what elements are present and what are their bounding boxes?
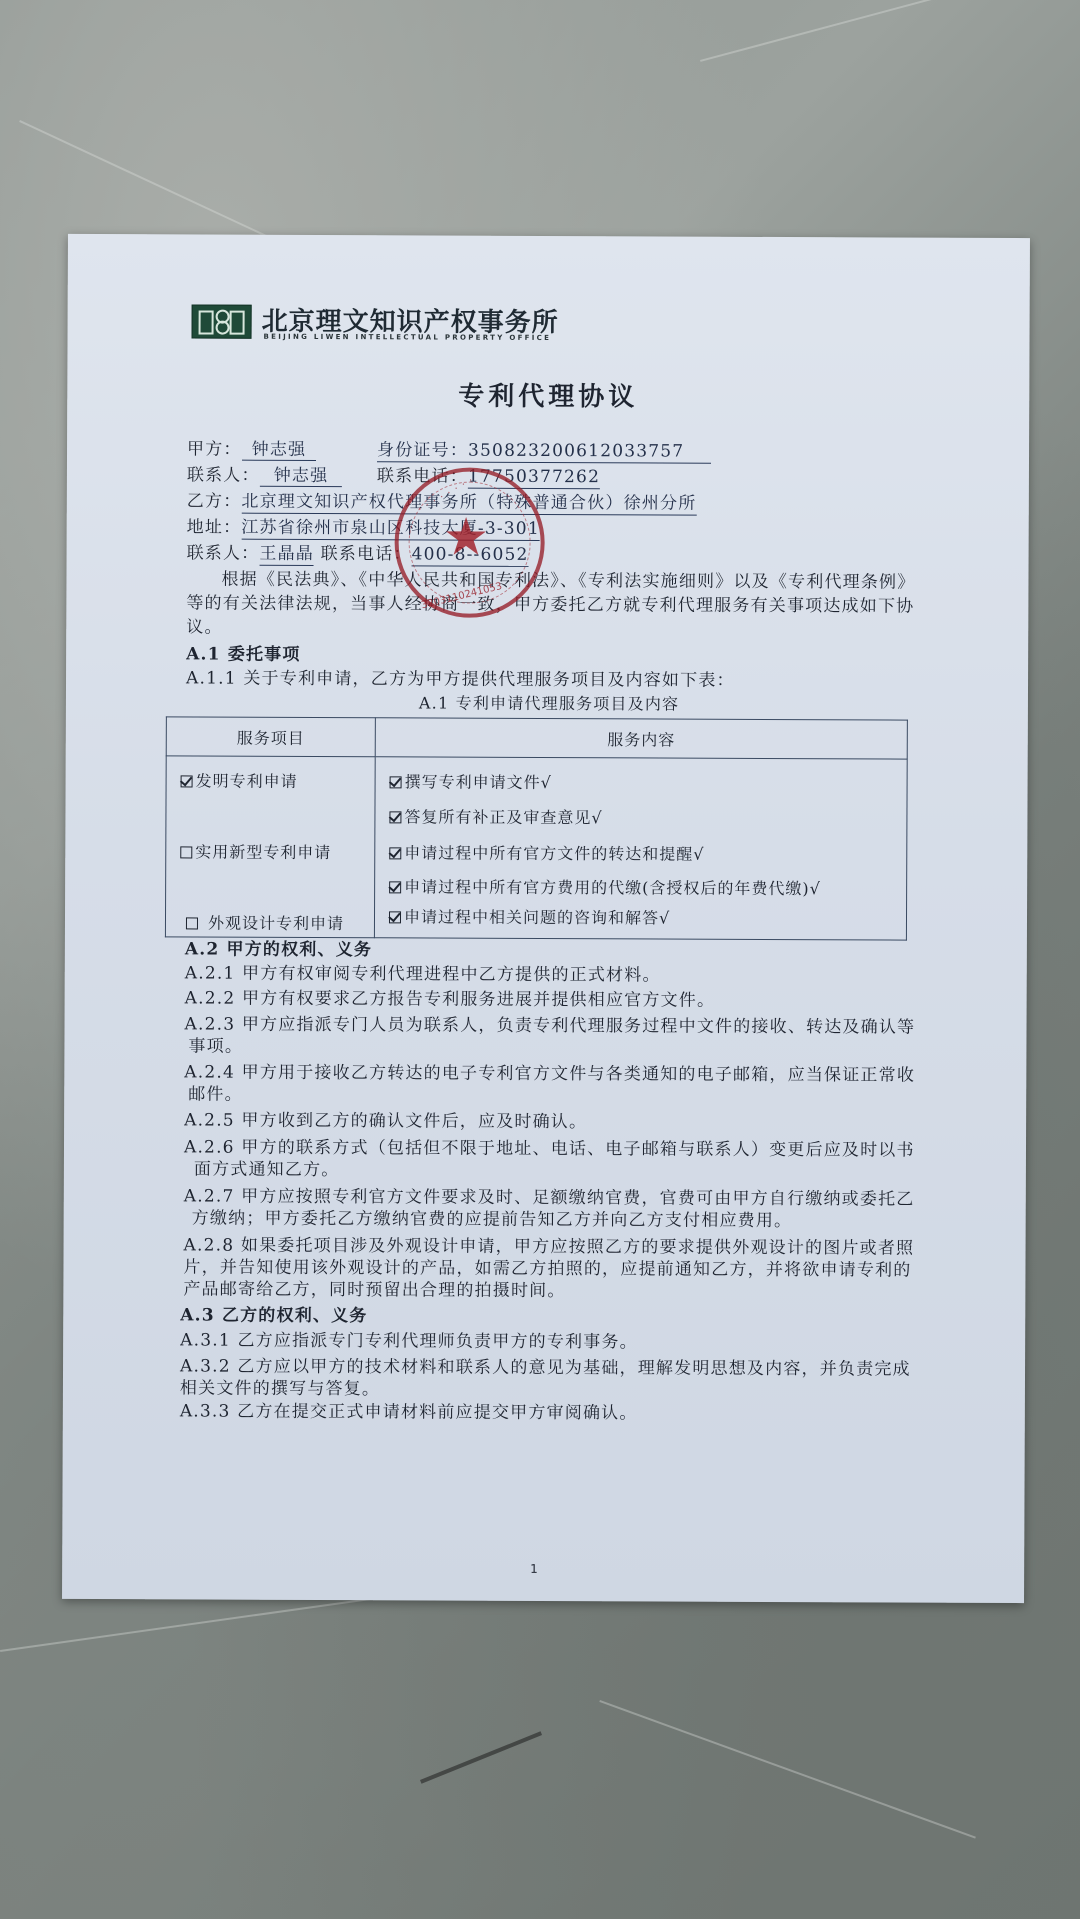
marble-dark-mark <box>420 1731 542 1783</box>
preamble-line: 根据《民法典》、《中华人民共和国专利法》、《专利法实施细则》以及《专利代理条例》 <box>221 570 915 593</box>
clause-line: 片，并告知使用该外观设计的产品，如需乙方拍照的，应提前通知乙方，并将欲申请专利的 <box>183 1257 911 1280</box>
content-item[interactable]: 答复所有补正及审查意见√ <box>389 804 602 828</box>
party-a-line: 甲方：钟志强 <box>187 439 316 460</box>
clause-line: 面方式通知乙方。 <box>194 1159 340 1180</box>
party-a-id: 身份证号：350823200612033757 <box>377 440 711 461</box>
table-header-items: 服务项目 <box>166 717 375 757</box>
marble-vein <box>700 0 1068 62</box>
checkbox-unchecked[interactable] <box>180 846 192 858</box>
content-item[interactable]: 申请过程中所有官方文件的转达和提醒√ <box>389 840 704 864</box>
content-item[interactable]: 申请过程中相关问题的咨询和解答√ <box>389 904 670 928</box>
checkbox-checked[interactable] <box>390 776 402 788</box>
party-a-contact-line: 联系人：钟志强 <box>187 465 343 486</box>
clause-line: A.3.3 乙方在提交正式申请材料前应提交甲方审阅确认。 <box>180 1401 638 1423</box>
clause-line: A.3.2 乙方应以甲方的技术材料和联系人的意见为基础，理解发明思想及内容，并负… <box>180 1356 911 1379</box>
page-number: 1 <box>530 1562 538 1576</box>
contract-page: 北京理文知识产权事务所 BEIJING LIWEN INTELLECTUAL P… <box>62 234 1030 1603</box>
preamble-line: 议。 <box>186 617 222 637</box>
company-seal: · · · · · · · · ★ 3203110241053 <box>394 467 545 618</box>
content-item[interactable]: 申请过程中所有官方费用的代缴(含授权后的年费代缴)√ <box>389 874 821 899</box>
content-item[interactable]: 撰写专利申请文件√ <box>390 769 552 793</box>
clause-line: A.3.1 乙方应指派专门专利代理师负责甲方的专利事务。 <box>180 1330 638 1352</box>
item-design[interactable]: 外观设计专利申请 <box>186 910 344 934</box>
checkbox-checked[interactable] <box>389 911 401 923</box>
section-a2-heading: A.2 甲方的权利、义务 <box>185 939 372 960</box>
checkbox-unchecked[interactable] <box>186 917 198 929</box>
clause-line: 邮件。 <box>188 1084 243 1104</box>
preamble-line: 等的有关法律法规，当事人经协商一致，甲方委托乙方就专利代理服务有关事项达成如下协 <box>186 593 914 616</box>
service-content-cell: 撰写专利申请文件√ 答复所有补正及审查意见√ 申请过程中所有官方文件的转达和提醒… <box>374 757 907 940</box>
checkbox-checked[interactable] <box>389 847 401 859</box>
checkbox-checked[interactable] <box>389 811 401 823</box>
firm-name-en: BEIJING LIWEN INTELLECTUAL PROPERTY OFFI… <box>264 333 552 342</box>
party-a-name: 钟志强 <box>242 440 317 461</box>
table-header-content: 服务内容 <box>375 718 907 759</box>
document-title: 专利代理协议 <box>67 374 1029 415</box>
clause-line: A.2.4 甲方用于接收乙方转达的电子专利官方文件与各类通知的电子邮箱，应当保证… <box>184 1062 915 1085</box>
marble-vein <box>19 120 292 249</box>
clause-line: A.2.6 甲方的联系方式（包括但不限于地址、电话、电子邮箱与联系人）变更后应及… <box>184 1137 915 1160</box>
clause-line: 相关文件的撰写与答复。 <box>180 1378 380 1399</box>
item-utility-model[interactable]: 实用新型专利申请 <box>180 839 331 863</box>
table-caption: A.1 专利申请代理服务项目及内容 <box>419 693 679 714</box>
clause-line: A.2.2 甲方有权要求乙方报告专利服务进展并提供相应官方文件。 <box>185 988 716 1010</box>
clause-line: 产品邮寄给乙方，同时预留出合理的拍摄时间。 <box>183 1279 565 1301</box>
clause-line: A.2.1 甲方有权审阅专利代理进程中乙方提供的正式材料。 <box>185 963 661 985</box>
party-a-contact: 钟志强 <box>260 466 343 487</box>
clause-line: A.2.8 如果委托项目涉及外观设计申请，甲方应按照乙方的要求提供外观设计的图片… <box>184 1235 915 1258</box>
service-table: 服务项目 服务内容 发明专利申请 实用新型专利申请 外观设计专利申请 撰写专利申… <box>165 716 908 940</box>
checkbox-checked[interactable] <box>389 881 401 893</box>
item-invention[interactable]: 发明专利申请 <box>181 768 298 792</box>
clause-line: 事项。 <box>188 1036 243 1056</box>
red-star-icon: ★ <box>443 512 490 564</box>
marble-vein <box>599 1700 976 1839</box>
party-b-contact: 王晶晶 <box>259 544 314 566</box>
clause-line: A.2.7 甲方应按照专利官方文件要求及时、足额缴纳官费，官费可由甲方自行缴纳或… <box>184 1186 915 1209</box>
section-a1-heading: A.1 委托事项 <box>186 644 301 664</box>
clause-line: A.2.3 甲方应指派专门人员为联系人，负责专利代理服务过程中文件的接收、转达及… <box>184 1014 915 1037</box>
id-number: 350823200612033757 <box>468 441 684 462</box>
clause-a1-1: A.1.1 关于专利申请，乙方为甲方提供代理服务项目及内容如下表： <box>186 668 735 690</box>
clause-line: 方缴纳；甲方委托乙方缴纳官费的应提前告知乙方并向乙方支付相应费用。 <box>192 1208 793 1231</box>
section-a3-heading: A.3 乙方的权利、义务 <box>180 1305 367 1326</box>
checkbox-checked[interactable] <box>181 775 193 787</box>
clause-line: A.2.5 甲方收到乙方的确认文件后，应及时确认。 <box>184 1110 587 1132</box>
service-items-cell: 发明专利申请 实用新型专利申请 外观设计专利申请 <box>165 756 375 938</box>
firm-logo-icon <box>192 304 252 338</box>
